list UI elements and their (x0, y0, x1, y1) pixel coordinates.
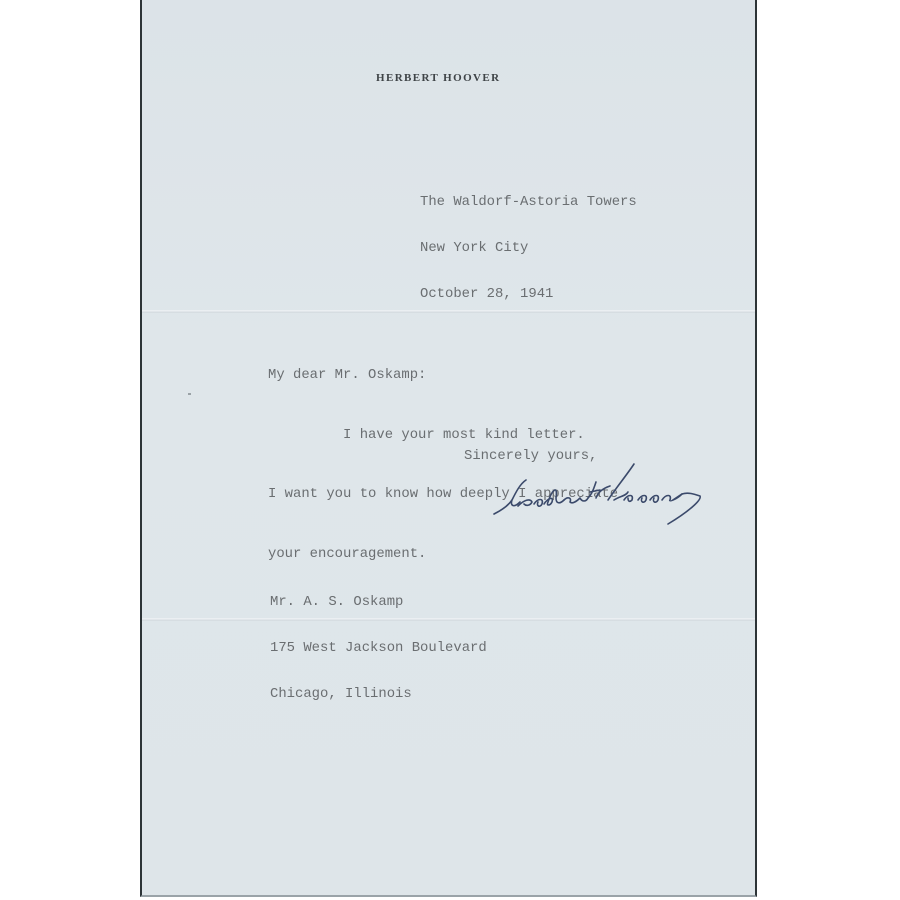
sender-address-line: New York City (420, 241, 637, 255)
recipient-city: Chicago, Illinois (270, 687, 487, 701)
salutation: My dear Mr. Oskamp: (268, 368, 618, 396)
letter-date: October 28, 1941 (420, 287, 637, 301)
sender-address-line: The Waldorf-Astoria Towers (420, 195, 637, 209)
recipient-name: Mr. A. S. Oskamp (270, 595, 487, 609)
signature-herbert-hoover (488, 462, 738, 534)
letterhead: HERBERT HOOVER (376, 72, 500, 84)
paper-speck (188, 393, 191, 395)
sender-address-block: The Waldorf-Astoria Towers New York City… (420, 163, 637, 317)
recipient-street: 175 West Jackson Boulevard (270, 641, 487, 655)
recipient-address-block: Mr. A. S. Oskamp 175 West Jackson Boulev… (270, 563, 487, 717)
